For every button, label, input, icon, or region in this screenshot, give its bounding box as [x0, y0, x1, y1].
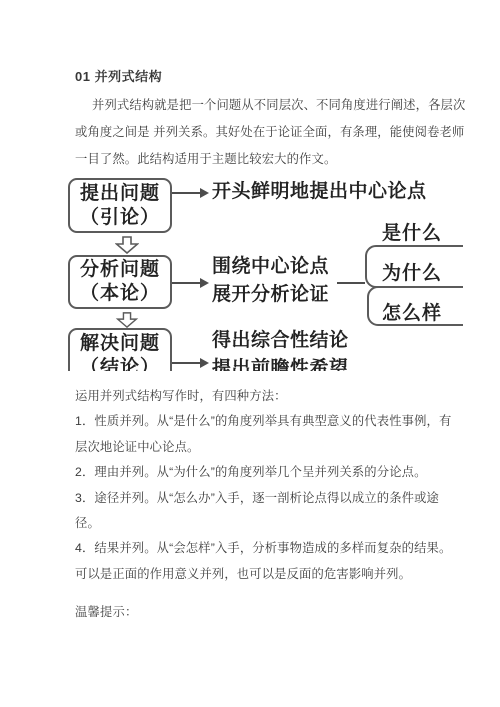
method-line: 1．性质并列。从“是什么”的角度列举具有典型意义的代表性事例，有: [75, 409, 485, 434]
branch-label-what: 是什么: [382, 218, 442, 245]
method-line: 4．结果并列。从“会怎样”入手，分析事物造成的多样而复杂的结果。: [75, 536, 485, 561]
flow-box-raise-question: 提出问题 （引论）: [68, 178, 172, 233]
flow-box-solve-question: 解决问题 （结论）: [68, 328, 172, 371]
flow-result-line: 提出前瞻性希望: [212, 355, 349, 371]
branch-connector-line: [337, 282, 365, 284]
structure-flowchart: 提出问题 （引论） 开头鲜明地提出中心论点 分析问题 （本论） 围绕中心论点 展…: [65, 170, 463, 371]
flow-box-analyze-question: 分析问题 （本论）: [68, 255, 172, 309]
method-line: 可以是正面的作用意义并列，也可以是反面的危害影响并列。: [75, 562, 485, 587]
intro-line: 一目了然。此结构适用于主题比较宏大的作文。: [75, 146, 485, 173]
methods-section: 运用并列式结构写作时，有四种方法： 1．性质并列。从“是什么”的角度列举具有典型…: [75, 384, 485, 587]
intro-line: 并列式结构就是把一个问题从不同层次、不同角度进行阐述，各层次: [75, 92, 485, 119]
flow-result-text: 得出综合性结论 提出前瞻性希望: [212, 327, 349, 371]
arrow-down-icon: [115, 236, 139, 254]
flow-result-text: 围绕中心论点 展开分析论证: [212, 253, 329, 309]
intro-paragraph: 并列式结构就是把一个问题从不同层次、不同角度进行阐述，各层次 或角度之间是 并列…: [75, 92, 485, 173]
page-title: 01 并列式结构: [75, 66, 162, 85]
flow-result-text: 开头鲜明地提出中心论点: [212, 178, 427, 206]
method-line: 2．理由并列。从“为什么”的角度列举几个呈并列关系的分论点。: [75, 460, 485, 485]
flow-box-label: 提出问题: [80, 182, 160, 206]
flow-result-line: 得出综合性结论: [212, 327, 349, 355]
arrow-right-icon: [172, 192, 200, 194]
branch-label-why: 为什么: [382, 258, 442, 285]
arrow-right-icon: [200, 278, 209, 288]
methods-intro: 运用并列式结构写作时，有四种方法：: [75, 384, 485, 409]
intro-line: 或角度之间是 并列关系。其好处在于论证全面，有条理，能使阅卷老师: [75, 119, 485, 146]
arrow-right-icon: [172, 282, 200, 284]
arrow-right-icon: [172, 362, 200, 364]
flow-box-label: （引论）: [80, 206, 160, 230]
arrow-right-icon: [200, 358, 209, 368]
arrow-down-icon: [115, 312, 139, 328]
flow-box-label: （结论）: [80, 356, 160, 372]
flow-box-label: 分析问题: [80, 258, 160, 282]
flow-box-label: 解决问题: [80, 332, 160, 356]
branch-label-how: 怎么样: [382, 298, 442, 325]
flow-result-line: 围绕中心论点: [212, 253, 329, 281]
flow-result-line: 展开分析论证: [212, 281, 329, 309]
document-page: 01 并列式结构 并列式结构就是把一个问题从不同层次、不同角度进行阐述，各层次 …: [0, 0, 500, 707]
method-line: 层次地论证中心论点。: [75, 435, 485, 460]
reminder-label: 温馨提示：: [75, 602, 138, 620]
method-line: 3．途径并列。从“怎么办”入手，逐一剖析论点得以成立的条件或途: [75, 486, 485, 511]
method-line: 径。: [75, 511, 485, 536]
arrow-right-icon: [200, 188, 209, 198]
flow-box-label: （本论）: [80, 282, 160, 306]
